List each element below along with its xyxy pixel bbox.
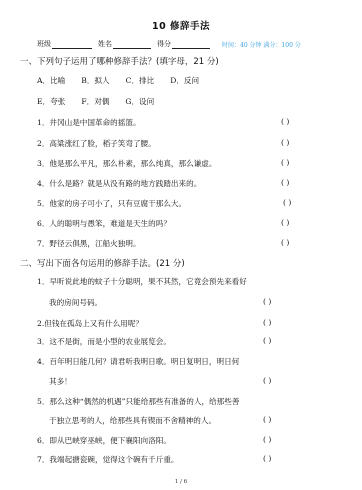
- s1-question-3: 3．他是那么平凡，那么朴素，那么纯真，那么谦虚。: [37, 158, 217, 169]
- s2-answer-6[interactable]: ( ): [263, 435, 271, 444]
- page-title: 10 修辞手法: [0, 18, 362, 32]
- option-g: G．设问: [125, 96, 154, 107]
- s2-question-4-line1: 4．百年明日能几何？请君听我明日歌。明日复明日，明日何: [37, 356, 239, 367]
- option-b: B．拟人: [81, 75, 109, 86]
- s1-question-7: 7．野径云俱黑，江船火独明。: [37, 238, 141, 249]
- options-row-1: A．比喻 B．拟人 C．排比 D．反问: [37, 75, 215, 86]
- score-blank[interactable]: [172, 40, 210, 49]
- name-field: 姓名: [98, 39, 151, 49]
- s1-question-4: 4．什么是路？就是从没有路的地方践踏出来的。: [37, 178, 201, 189]
- s1-answer-5[interactable]: ( ): [283, 198, 291, 207]
- section-2-heading: 二、写出下面各句运用的修辞手法。(21 分): [20, 257, 185, 269]
- student-info-row: 班级 姓名 得分 时间：40 分钟 满分：100 分: [37, 37, 337, 49]
- class-blank[interactable]: [52, 40, 92, 49]
- s2-question-5-line2: 于独立思考的人，给那些具有锲而不舍精神的人。: [49, 415, 216, 426]
- worksheet-page: 10 修辞手法 班级 姓名 得分 时间：40 分钟 满分：100 分 一、下列句…: [0, 0, 362, 490]
- page-number: 1 / 6: [0, 479, 362, 485]
- option-a: A．比喻: [37, 75, 65, 86]
- option-c: C．排比: [126, 75, 155, 86]
- s2-answer-3[interactable]: ( ): [263, 336, 271, 345]
- s2-question-2: 2.但钱在孤岛上又有什么用呢？: [37, 318, 143, 329]
- s2-question-1-line2: 我的房间号码。: [49, 297, 102, 308]
- s1-answer-6[interactable]: ( ): [281, 218, 289, 227]
- class-label: 班级: [37, 39, 51, 49]
- section-1-heading: 一、下列句子运用了哪种修辞手法？(填字母，21 分): [20, 55, 219, 67]
- score-field: 得分: [157, 39, 210, 49]
- s2-question-6: 6．即从巴峡穿巫峡，便下襄阳向洛阳。: [37, 435, 171, 446]
- s2-answer-4[interactable]: ( ): [263, 376, 271, 385]
- s1-question-2: 2．高粱涨红了脸，稻子笑弯了腰。: [37, 138, 156, 149]
- option-d: D．反问: [170, 75, 199, 86]
- s2-answer-7[interactable]: ( ): [263, 454, 271, 463]
- s2-question-7: 7．我端起搪瓷碗，觉得这个碗有千斤重。: [37, 454, 179, 465]
- options-row-2: E．夸张 F．对偶 G．设问: [37, 96, 170, 107]
- s2-question-5-line1: 5．那么这种“偶然的机遇”只能给那些有准备的人，给那些善: [37, 396, 239, 407]
- name-label: 姓名: [98, 39, 112, 49]
- option-f: F．对偶: [81, 96, 109, 107]
- time-score-meta: 时间：40 分钟 满分：100 分: [222, 40, 301, 49]
- s1-answer-4[interactable]: ( ): [281, 178, 289, 187]
- s2-question-3: 3．这不是街，而是小型的农业展览会。: [37, 336, 171, 347]
- s2-answer-5[interactable]: ( ): [263, 415, 271, 424]
- s1-answer-7[interactable]: ( ): [281, 238, 289, 247]
- s1-answer-1[interactable]: ( ): [281, 117, 289, 126]
- s1-answer-3[interactable]: ( ): [281, 158, 289, 167]
- name-blank[interactable]: [113, 40, 151, 49]
- s1-question-6: 6．人的聪明与愚笨，难道是天生的吗？: [37, 218, 171, 229]
- s1-question-1: 1．井冈山是中国革命的摇篮。: [37, 117, 141, 128]
- s1-question-5: 5．他家的房子可小了，只有豆腐干那么大。: [37, 198, 186, 209]
- s2-answer-2[interactable]: ( ): [263, 318, 271, 327]
- s2-question-1-line1: 1．早听说此地的蚊子十分聪明，果不其然，它竟会预先来看好: [37, 276, 247, 287]
- s2-question-4-line2: 其多！: [49, 376, 72, 387]
- class-field: 班级: [37, 39, 92, 49]
- option-e: E．夸张: [37, 96, 65, 107]
- score-label: 得分: [157, 39, 171, 49]
- s1-answer-2[interactable]: ( ): [281, 138, 289, 147]
- s2-answer-1[interactable]: ( ): [263, 297, 271, 306]
